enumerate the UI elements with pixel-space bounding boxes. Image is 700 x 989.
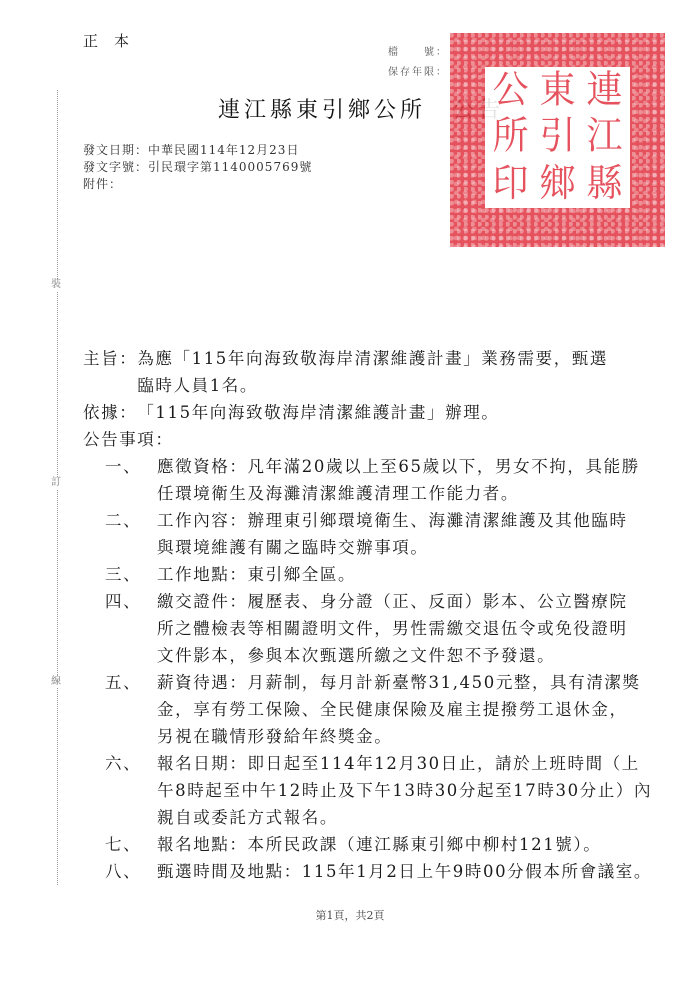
item-text: 報名日期：即日起至114年12月30日止，請於上班時間（上午8時起至中午12時止… [157,750,673,831]
item-line: 報名日期：即日起至114年12月30日止，請於上班時間（上 [157,750,673,777]
item-text: 工作地點：東引鄉全區。 [157,561,673,588]
item-line: 報名地點：本所民政課（連江縣東引鄉中柳村121號）。 [157,831,673,858]
item-line: 任環境衛生及海灘清潔維護清理工作能力者。 [157,480,673,507]
item-line: 工作內容：辦理東引鄉環境衛生、海灘清潔維護及其他臨時 [157,507,673,534]
seal-char: 鄉 [539,162,575,206]
announcement-items: 一、應徵資格：凡年滿20歲以上至65歲以下，男女不拘，具能勝任環境衛生及海灘清潔… [83,453,683,885]
item-number: 七、 [105,831,157,858]
item-number: 一、 [105,453,157,507]
announcement-item: 五、薪資待遇：月薪制，每月計新臺幣31,450元整，具有清潔獎金，享有勞工保險、… [83,669,683,750]
item-line: 甄選時間及地點：115年1月2日上午9時00分假本所會議室。 [157,858,673,885]
official-seal: 連江縣東引鄉公所印 [450,33,665,247]
items-heading: 公告事項： [83,426,683,453]
copy-label: 正本 [83,30,145,51]
issuer-name: 連江縣東引鄉公所 [218,98,426,123]
binding-mark-ding: 訂 [51,477,61,489]
item-line: 繳交證件：履歷表、身分證（正、反面）影本、公立醫療院 [157,588,673,615]
seal-char: 江 [586,115,622,159]
item-line: 親自或委託方式報名。 [157,804,673,831]
item-number: 二、 [105,507,157,561]
item-number: 三、 [105,561,157,588]
subject-text: 為應「115年向海致敬海岸清潔維護計畫」業務需要，甄選 臨時人員1名。 [137,345,683,399]
announcement-item: 一、應徵資格：凡年滿20歲以上至65歲以下，男女不拘，具能勝任環境衛生及海灘清潔… [83,453,683,507]
reference-number: 發文字號：引民環字第1140005769號 [83,158,312,175]
subject-line: 為應「115年向海致敬海岸清潔維護計畫」業務需要，甄選 [137,345,683,372]
item-number: 四、 [105,588,157,669]
seal-char: 縣 [586,162,622,206]
seal-char: 連 [586,69,622,113]
announcement-item: 二、工作內容：辦理東引鄉環境衛生、海灘清潔維護及其他臨時與環境維護有關之臨時交辦… [83,507,683,561]
item-text: 應徵資格：凡年滿20歲以上至65歲以下，男女不拘，具能勝任環境衛生及海灘清潔維護… [157,453,673,507]
item-line: 午8時起至中午12時止及下午13時30分起至17時30分止）內 [157,777,673,804]
announcement-item: 六、報名日期：即日起至114年12月30日止，請於上班時間（上午8時起至中午12… [83,750,683,831]
subject-section: 主旨： 為應「115年向海致敬海岸清潔維護計畫」業務需要，甄選 臨時人員1名。 [83,345,683,399]
attachment-label: 附件： [83,175,122,192]
seal-column: 連江縣 [586,68,622,208]
item-text: 繳交證件：履歷表、身分證（正、反面）影本、公立醫療院所之體檢表等相關證明文件，男… [157,588,673,669]
subject-line: 臨時人員1名。 [137,372,683,399]
item-number: 八、 [105,858,157,885]
binding-mark-xian: 線 [51,676,61,688]
item-line: 薪資待遇：月薪制，每月計新臺幣31,450元整，具有清潔獎 [157,669,673,696]
announcement-body: 主旨： 為應「115年向海致敬海岸清潔維護計畫」業務需要，甄選 臨時人員1名。 … [83,345,683,885]
seal-char: 東 [539,69,575,113]
basis-label: 依據： [83,399,137,426]
item-line: 工作地點：東引鄉全區。 [157,561,673,588]
issue-date: 發文日期：中華民國114年12月23日 [83,141,299,158]
item-number: 五、 [105,669,157,750]
item-line: 應徵資格：凡年滿20歲以上至65歲以下，男女不拘，具能勝 [157,453,673,480]
binding-mark-zhuang: 裝 [51,279,61,291]
file-number-label: 檔 號： [388,43,448,58]
announcement-item: 八、甄選時間及地點：115年1月2日上午9時00分假本所會議室。 [83,858,683,885]
seal-char: 公 [492,69,528,113]
item-line: 文件影本，參與本次甄選所繳之文件恕不予發還。 [157,642,673,669]
seal-column: 公所印 [492,68,528,208]
item-number: 六、 [105,750,157,831]
seal-char: 引 [539,115,575,159]
item-text: 甄選時間及地點：115年1月2日上午9時00分假本所會議室。 [157,858,673,885]
item-text: 報名地點：本所民政課（連江縣東引鄉中柳村121號）。 [157,831,673,858]
retention-period-label: 保存年限： [388,63,448,78]
announcement-item: 三、工作地點：東引鄉全區。 [83,561,683,588]
seal-char: 印 [492,162,528,206]
basis-text: 「115年向海致敬海岸清潔維護計畫」辦理。 [137,399,683,426]
item-line: 與環境維護有關之臨時交辦事項。 [157,534,673,561]
announcement-item: 四、繳交證件：履歷表、身分證（正、反面）影本、公立醫療院所之體檢表等相關證明文件… [83,588,683,669]
announcement-item: 七、報名地點：本所民政課（連江縣東引鄉中柳村121號）。 [83,831,683,858]
item-line: 所之體檢表等相關證明文件，男性需繳交退伍令或免役證明 [157,615,673,642]
seal-inner-field: 連江縣東引鄉公所印 [485,67,630,208]
basis-section: 依據： 「115年向海致敬海岸清潔維護計畫」辦理。 [83,399,683,426]
item-line: 金，享有勞工保險、全民健康保險及雇主提撥勞工退休金， [157,696,673,723]
subject-label: 主旨： [83,345,137,399]
seal-column: 東引鄉 [539,68,575,208]
item-line: 另視在職情形發給年終獎金。 [157,723,673,750]
seal-char: 所 [492,115,528,159]
item-text: 工作內容：辦理東引鄉環境衛生、海灘清潔維護及其他臨時與環境維護有關之臨時交辦事項… [157,507,673,561]
item-text: 薪資待遇：月薪制，每月計新臺幣31,450元整，具有清潔獎金，享有勞工保險、全民… [157,669,673,750]
page-number: 第1頁，共2頁 [0,907,700,923]
